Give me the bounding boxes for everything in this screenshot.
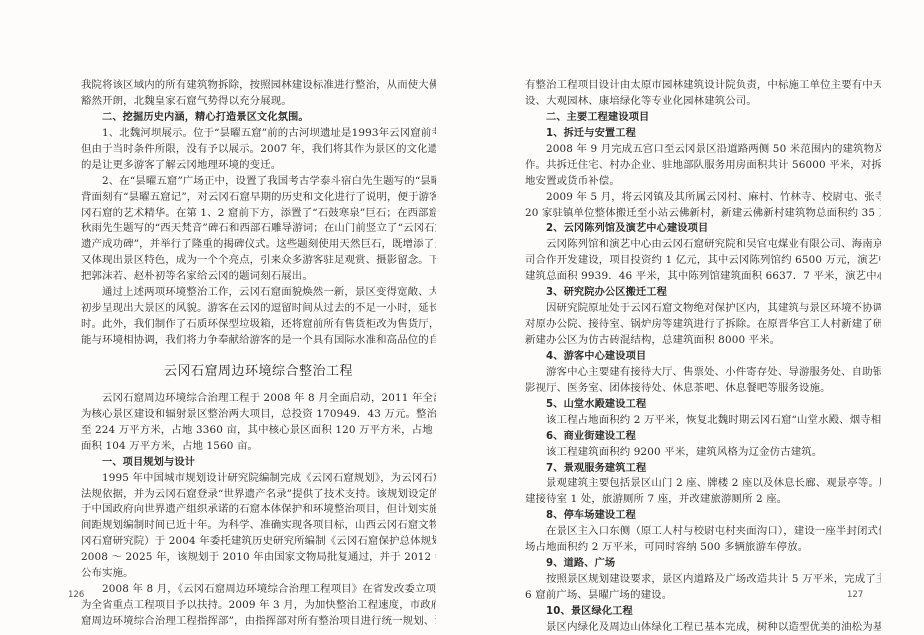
paragraph-last-line: 地安置或货币补偿。: [525, 174, 881, 190]
text-line: 对原办公院、接待室、锅炉房等建筑进行了拆除。在原晋华宫工人村新建了研究院办公区，: [525, 317, 881, 333]
paragraph-first-line: 1995 年中国城市规划设计研究院编制完成《云冈石窟规划》，为云冈石窟的保护提供…: [81, 471, 436, 487]
page-number-left: 126: [68, 590, 84, 600]
text-line: 但由于当时条件所限，没有予以展示。2007 年，我们将其作为景区的文化遗存进行展…: [81, 142, 436, 158]
paragraph-first-line: 景区内绿化及周边山体绿化工程已基本完成，树种以造型优美的油松为基调，搭配了国: [525, 620, 881, 635]
paragraph-first-line: 2008 年 9 月完成五宫口至云冈景区沿道路两侧 50 米范围内的建筑物及附属…: [525, 142, 881, 158]
left-page-paragraphs-bottom: 云冈石窟周边环境综合治理工程于 2008 年 8 月全面启动，2011 年全部完…: [81, 391, 436, 630]
section-title: 云冈石窟周边环境综合整治工程: [81, 364, 436, 380]
paragraph-first-line: 通过上述两项环境整治工作，云冈石窟面貌焕然一新，景区变得宽敞、大方、舒适、美观，: [81, 285, 436, 301]
text-line: 有整治工程项目设计由太原市园林建筑设计院负责，中标施工单位主要有中天建设、鸿昊建: [525, 78, 881, 94]
right-page-paragraphs: 有整治工程项目设计由太原市园林建筑设计院负责，中标施工单位主要有中天建设、鸿昊建…: [525, 78, 881, 635]
text-line: 冈石窟研究院）于 2004 年委托建筑历史研究所编制《云冈石窟保护总体规划》，规…: [81, 534, 436, 550]
subheading: 6、商业街建设工程: [525, 429, 881, 445]
paragraph-first-line: 1、北魏河坝展示。位于“昙曜五窟”前的古河坝遗址是1993年云冈窟前考古发掘时发…: [81, 126, 436, 142]
subheading: 3、研究院办公区搬迁工程: [525, 285, 881, 301]
subheading: 二、主要工程建设项目: [525, 110, 881, 126]
text-line: 时。此外，我们制作了石质环保型垃圾箱，还将窟前所有售货柜改为售货厅，使旅游服务功: [81, 317, 436, 333]
paragraph-last-line: 公布实施。: [81, 566, 436, 582]
text-line: 又体现出景区特色，成为一个个亮点，引来众多游客驻足观赏、摄影留念。下一步我们还将: [81, 253, 436, 269]
subheading: 一、项目规划与设计: [81, 455, 436, 471]
paragraph-first-line: 云冈石窟周边环境综合治理工程于 2008 年 8 月全面启动，2011 年全部完…: [81, 391, 436, 407]
paragraph-first-line: 景观建筑主要包括景区山门 2 座、牌楼 2 座以及休息长廊、观景亭等。服务建筑包…: [525, 476, 881, 492]
text-line: 2008 ～ 2025 年，该规划于 2010 年由国家文物局批复通过，并于 2…: [81, 550, 436, 566]
page-number-right: 127: [847, 590, 863, 600]
right-page: 有整治工程项目设计由太原市园林建筑设计院负责，中标施工单位主要有中天建设、鸿昊建…: [462, 0, 924, 635]
text-line: 初步呈现出大景区的风貌。游客在云冈的逗留时间从过去的不足一小时，延长到了一个半小: [81, 301, 436, 317]
paragraph-first-line: 该工程占地面积约 2 万平米，恢复北魏时期云冈石窟“山堂水殿、烟寺相望”的历史风…: [525, 413, 881, 429]
paragraph-line: 该工程建筑面积约 9200 平米，建筑风格为辽金仿古建筑。: [525, 445, 881, 461]
paragraph-first-line: 云冈陈列馆和演艺中心由云冈石窟研究院和吴官屯煤业有限公司、海南京钢实业有限公: [525, 237, 881, 253]
subheading: 2、云冈陈列馆及演艺中心建设项目: [525, 221, 881, 237]
paragraph-first-line: 2008 年 8 月，《云冈石窟周边环境综合治理工程项目》在省发改委立项，并被省…: [81, 582, 436, 598]
paragraph-last-line: 6 窟前广场、昙曜广场的建设。: [525, 588, 881, 604]
paragraph-first-line: 按照景区规划建设要求，景区内道路及广场改造共计 5 万平米，完成了主道的铺设以及…: [525, 572, 881, 588]
text-line: 司合作开发建设，项目投资约 1 亿元，其中云冈陈列馆约 6500 万元，演艺中心…: [525, 253, 881, 269]
paragraph-last-line: 的是让更多游客了解云冈地理环境的变迁。: [81, 158, 436, 174]
paragraph-first-line: 游客中心主要建有接待大厅、售票处、小件寄存处、导游服务处、自助银行、商务中心、: [525, 365, 881, 381]
text-line: 窟周边环境综合治理工程指挥部”，由指挥部对所有整治项目进行统一规划、设计、建设。…: [81, 614, 436, 630]
text-line: 作。共拆迁住宅、村办企业、驻地部队服务用房面积共计 56000 平米，对拆迁对象…: [525, 158, 881, 174]
paragraph-last-line: 建接待室 1 处，旅游厕所 7 座，并改建旅游厕所 2 座。: [525, 492, 881, 508]
right-page-text: 有整治工程项目设计由太原市园林建筑设计院负责，中标施工单位主要有中天建设、鸿昊建…: [525, 78, 881, 635]
text-line: 至 224 万平方米，占地 3360 亩，其中核心景区面积 120 万平方米，占…: [81, 423, 436, 439]
text-line: 于中国政府向世界遗产组织承诺的石窟本体保护和环境整治项目，但计划实施相关项目的时: [81, 502, 436, 518]
paragraph-first-line: 在景区主入口东侧（原工人村与校尉屯村夹面沟口），建设一座半封闭式停车场。停车: [525, 524, 881, 540]
paragraph-last-line: 面积 104 万平方米，占地 1560 亩。: [81, 439, 436, 455]
paragraph-first-line: 2009 年 5 月，将云冈镇及其所属云冈村、麻村、竹林寺、校尉屯、张寺窑 5 …: [525, 190, 881, 206]
text-line: 法规依据，并为云冈石窟登录“世界遗产名录”提供了技术支持。该规划设定的部分目标属: [81, 487, 436, 503]
subheading: 7、景观服务建筑工程: [525, 461, 881, 477]
paragraph-first-line: 因研究院原址处于云冈石窟文物绝对保护区内，其建筑与景区环境不协调，2009 年 …: [525, 301, 881, 317]
paragraph-last-line: 20 家驻镇单位整体搬迁至小站云佛新村，新建云佛新村建筑物总面积约 35 万平米…: [525, 206, 881, 222]
text-line: 我院将该区域内的所有建筑物拆除，按照园林建设标准进行整治，从而使大佛前的空间环境: [81, 78, 436, 94]
text-line: 能与环境相协调，我们将力争奉献给游客的是一个具有国际水准和高品位的自然、人文景区…: [81, 333, 436, 349]
text-line: 背面刻有“昙曜五窟记”，对云冈石窟早期的历史和文化进行了说明，便于游客更好地了解…: [81, 190, 436, 206]
subheading: 4、游客中心建设项目: [525, 349, 881, 365]
paragraph-last-line: 影视厅、医务室、团体接待处、休息茶吧、休息餐吧等服务设施。: [525, 381, 881, 397]
left-page: 我院将该区域内的所有建筑物拆除，按照园林建设标准进行整治，从而使大佛前的空间环境…: [0, 0, 462, 635]
left-page-paragraphs-top: 我院将该区域内的所有建筑物拆除，按照园林建设标准进行整治，从而使大佛前的空间环境…: [81, 78, 436, 349]
text-line: 间距规划编制时间已近十年。为科学、准确实现各项目标，山西云冈石窟文物研究所（现云: [81, 518, 436, 534]
paragraph-last-line: 场占地面积约 2 万平米，可同时容纳 500 多辆旅游车停放。: [525, 540, 881, 556]
text-line: 遗产成功碑”，并举行了隆重的揭碑仪式。这些题刻使用天然巨石，既增添了景区的人文气…: [81, 237, 436, 253]
subheading: 5、山堂水殿建设工程: [525, 397, 881, 413]
subheading: 10、景区绿化工程: [525, 604, 881, 620]
subheading: 9、道路、广场: [525, 556, 881, 572]
text-line: 冈石窟的艺术精华。在第 1、2 窟前下方，添置了“石鼓寒泉”巨石；在西部窟区，设…: [81, 206, 436, 222]
text-line: 建筑总面积 9939．46 平米，其中陈列馆建筑面积 6637．7 平米，演艺中…: [525, 269, 881, 285]
text-line: 秋雨先生题写的“西天梵音”碑石和西部石雕导游词；在山门前竖立了“云冈石窟申报世界: [81, 221, 436, 237]
subheading: 二、挖掘历史内涵，精心打造景区文化氛围。: [81, 110, 436, 126]
paragraph-first-line: 2、在“昙曜五窟”广场正中，设置了我国考古学泰斗宿白先生题写的“昙曜五窟”巨石，: [81, 174, 436, 190]
paragraph-last-line: 新建办公区为仿古砖混结构，总建筑面积 8000 平米。: [525, 333, 881, 349]
subheading: 8、停车场建设工程: [525, 508, 881, 524]
left-page-text: 我院将该区域内的所有建筑物拆除，按照园林建设标准进行整治，从而使大佛前的空间环境…: [81, 78, 436, 630]
text-line: 为全省重点工程项目予以扶持。2009 年 3 月，为加快整治工程速度，市政府成立…: [81, 598, 436, 614]
paragraph-last-line: 设、大观园林、康培绿化等专业化园林建筑公司。: [525, 94, 881, 110]
text-line: 为核心景区建设和辐射景区整治两大项目，总投资 170949．43 万元。整治后景…: [81, 407, 436, 423]
subheading: 1、拆迁与安置工程: [525, 126, 881, 142]
paragraph-last-line: 豁然开朗，北魏皇家石窟气势得以充分展现。: [81, 94, 436, 110]
paragraph-last-line: 把郭沫若、赵朴初等名家给云冈的题词刻石展出。: [81, 269, 436, 285]
